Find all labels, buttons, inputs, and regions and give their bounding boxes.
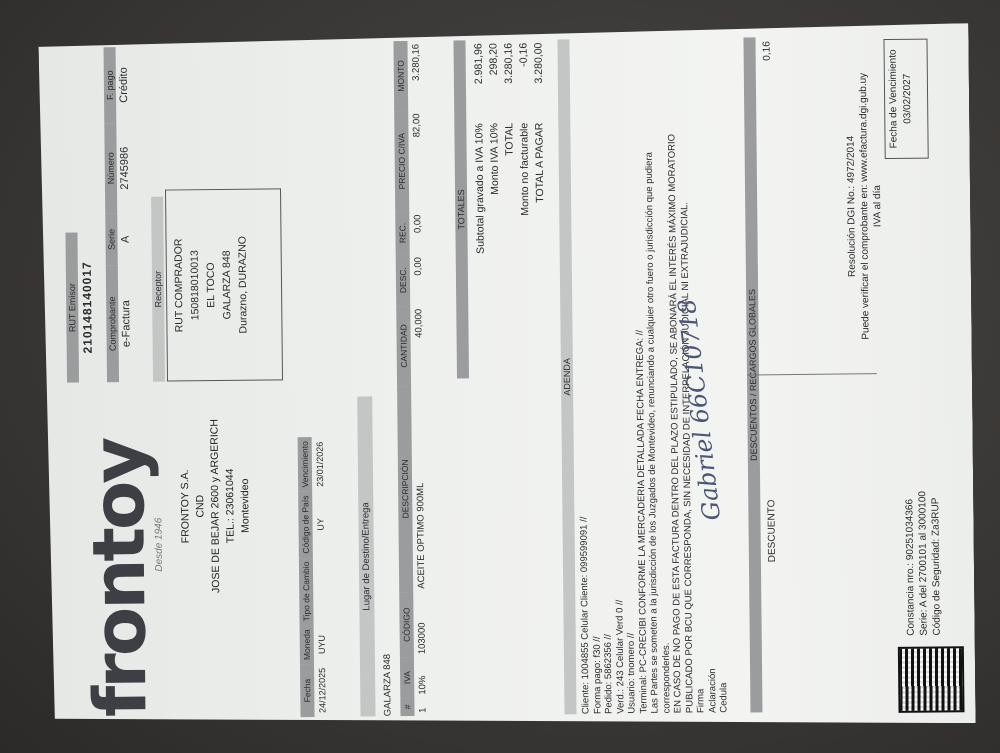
comprobante-table: Comprobante Serie Número F. pago e-Factu…: [104, 47, 136, 382]
comprobante-value: e-Factura: [118, 265, 135, 382]
cell-num: 1: [414, 698, 431, 716]
col-precio: PRECIO C/IVA: [394, 111, 409, 212]
invoice-paper: frontoy Desde 1946 FRONTOY S.A. CND JOSE…: [38, 23, 975, 733]
receptor-line: Durazno, DURAZNO: [234, 190, 252, 380]
moneda-header: Moneda: [300, 625, 314, 664]
rut-emisor: RUT Emisor 210148140017: [65, 232, 105, 382]
col-num: #: [400, 698, 414, 716]
total-value: -0,16: [516, 43, 532, 103]
total-row: TOTAL A PAGAR3.280,00: [531, 43, 549, 293]
fpago-value: Crédito: [116, 47, 133, 123]
invoice-sheet: frontoy Desde 1946 FRONTOY S.A. CND JOSE…: [53, 28, 960, 727]
frontoy-logo: frontoy: [76, 439, 163, 717]
receptor-line: 150818010013: [186, 190, 204, 380]
cell-desc: 0,00: [410, 254, 428, 306]
col-desc: DESC.: [396, 254, 411, 306]
qr-code: [900, 648, 963, 711]
descuento-value: 0,16: [761, 41, 772, 61]
col-monto: MONTO: [393, 41, 408, 111]
constancia-info: Constancia nro.: 90251034366 Serie: A de…: [903, 491, 944, 636]
issuer-info: FRONTOY S.A. CND JOSE DE BEJAR 2600 y AR…: [177, 416, 254, 597]
vencimiento-date: 03/02/2027: [900, 40, 915, 158]
receptor-line: EL TOCO: [202, 190, 220, 380]
fecha-value: 24/12/2025: [314, 664, 331, 717]
total-value: 3.280,16: [501, 43, 517, 103]
codigo-pais-header: Código de País: [298, 491, 313, 557]
totals-label: TOTALES: [453, 40, 469, 378]
lugar-value: GALARZA 848: [382, 654, 394, 716]
cell-descripcion: ACEITE OPTIMO 900ML: [411, 386, 430, 592]
divider: [747, 373, 877, 375]
lugar-label: Lugar de Destino/Entrega: [357, 396, 375, 716]
issuer-address: JOSE DE BEJAR 2600 y ARGERICH: [207, 416, 224, 596]
receptor-label: Receptor: [151, 197, 165, 382]
issuer-city: Montevideo: [237, 416, 254, 596]
fechas-table: Fecha Moneda Tipo de Cambio Código de Pa…: [298, 437, 331, 717]
serie-header: Serie: [105, 213, 118, 265]
cell-iva: 10%: [414, 657, 431, 698]
tipo-cambio-value: [313, 557, 330, 625]
total-value: 2.981,96: [471, 43, 487, 103]
cell-cantidad: 40,000: [410, 306, 428, 386]
fpago-header: F. pago: [104, 47, 117, 123]
numero-value: 2745986: [116, 123, 133, 213]
vencimiento-label: Fecha de Vencimiento: [886, 40, 901, 158]
col-rec: REC.: [395, 212, 409, 255]
numero-header: Número: [104, 123, 117, 213]
tipo-cambio-header: Tipo de Cambio: [299, 558, 314, 626]
fecha-header: Fecha: [300, 664, 315, 717]
vencimiento-value: 23/01/2026: [312, 437, 329, 491]
total-value: 3.280,00: [531, 43, 547, 103]
cell-rec: 0,00: [409, 211, 426, 254]
receptor-line: RUT COMPRADOR: [170, 190, 188, 380]
logo-tagline: Desde 1946: [153, 518, 165, 572]
total-value: 298,20: [486, 43, 502, 103]
col-iva: IVA: [400, 657, 414, 698]
receptor-line: GALARZA 848: [218, 190, 236, 380]
cell-precio: 82,00: [408, 110, 426, 211]
vencimiento-header: Vencimiento: [298, 437, 313, 491]
rut-emisor-value: 210148140017: [77, 232, 95, 382]
receptor-box: RUT COMPRADOR 150818010013 EL TOCO GALAR…: [165, 188, 283, 381]
cell-monto: 3.280,16: [407, 41, 425, 111]
codigo-pais-value: UY: [312, 491, 329, 557]
vencimiento-box: Fecha de Vencimiento 03/02/2027: [883, 39, 928, 159]
descuento-label: DESCUENTO: [766, 500, 778, 563]
serie-value: A: [117, 213, 134, 265]
items-table: # IVA CÓDIGO DESCRIPCIÓN CANTIDAD DESC. …: [393, 41, 431, 716]
codigo-seguridad: Código de Seguridad: Za3RUP: [929, 491, 944, 636]
moneda-value: UYU: [314, 625, 330, 664]
cell-codigo: 103000: [413, 592, 431, 658]
col-cantidad: CANTIDAD: [396, 306, 411, 386]
totals-block: Subtotal gravado a IVA 10%2.981,96 Monto…: [471, 43, 549, 294]
col-codigo: CÓDIGO: [399, 592, 414, 658]
dgi-info: Resolución DGI No.: 4972/2014 Puede veri…: [844, 56, 886, 356]
total-label: TOTAL A PAGAR: [532, 103, 549, 293]
